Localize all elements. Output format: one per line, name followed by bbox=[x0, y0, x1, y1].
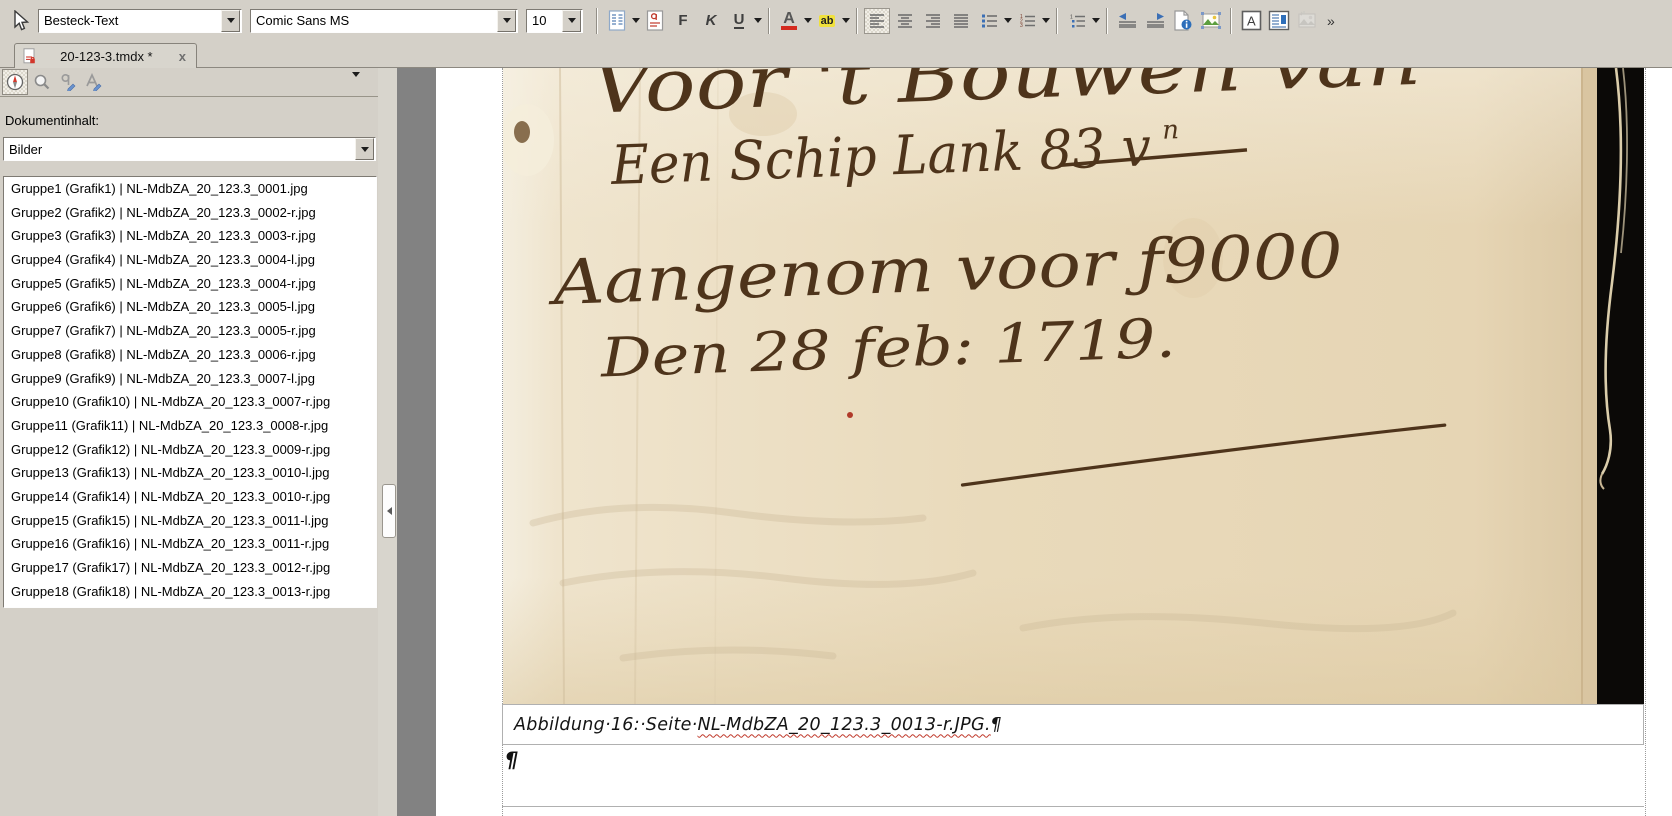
font-color-button[interactable]: A bbox=[776, 8, 802, 34]
list-item[interactable]: Gruppe4 (Grafik4) | NL-MdbZA_20_123.3_00… bbox=[4, 248, 376, 272]
font-dropdown-button[interactable] bbox=[497, 10, 516, 32]
list-item[interactable]: Gruppe18 (Grafik18) | NL-MdbZA_20_123.3_… bbox=[4, 580, 376, 604]
image-icon bbox=[1200, 11, 1222, 30]
text-boundary-right bbox=[1645, 68, 1646, 816]
search-icon bbox=[33, 73, 51, 91]
chevron-down-icon bbox=[1092, 18, 1100, 23]
next-figure-frame-edge bbox=[502, 806, 1644, 816]
image-list[interactable]: Gruppe1 (Grafik1) | NL-MdbZA_20_123.3_00… bbox=[3, 176, 377, 608]
navigate-tool-button[interactable] bbox=[2, 69, 28, 95]
list-item[interactable]: Gruppe12 (Grafik12) | NL-MdbZA_20_123.3_… bbox=[4, 438, 376, 462]
list-item[interactable]: Gruppe2 (Grafik2) | NL-MdbZA_20_123.3_00… bbox=[4, 201, 376, 225]
underline-button[interactable]: U bbox=[726, 8, 752, 34]
list-item[interactable]: Gruppe15 (Grafik15) | NL-MdbZA_20_123.3_… bbox=[4, 509, 376, 533]
decrease-indent-icon bbox=[1118, 13, 1137, 28]
sidebar-toolbar bbox=[0, 68, 378, 97]
figure-caption: Abbildung·16:·Seite·NL-MdbZA_20_123.3_00… bbox=[514, 715, 1002, 735]
character-edit-icon bbox=[85, 73, 103, 91]
bullet-list-icon bbox=[981, 13, 998, 28]
chevron-down-icon bbox=[568, 18, 576, 23]
document-tab[interactable]: 20-123-3.tmdx * x bbox=[14, 43, 197, 68]
tab-title: 20-123-3.tmdx * bbox=[36, 49, 177, 64]
list-item[interactable]: Gruppe8 (Grafik8) | NL-MdbZA_20_123.3_00… bbox=[4, 343, 376, 367]
list-item[interactable]: Gruppe13 (Grafik13) | NL-MdbZA_20_123.3_… bbox=[4, 461, 376, 485]
image-tool-disabled-button bbox=[1294, 8, 1320, 34]
italic-button[interactable]: K bbox=[698, 8, 724, 34]
caption-prefix: Abbildung·16:·Seite· bbox=[514, 715, 698, 735]
page-columns-dropdown[interactable] bbox=[631, 8, 641, 34]
sidebar-options-dropdown[interactable] bbox=[352, 77, 360, 95]
align-center-icon bbox=[897, 13, 913, 28]
underline-label: U bbox=[734, 13, 745, 29]
content-filter-value: Bilder bbox=[4, 142, 354, 157]
text-frame-icon: A bbox=[1241, 10, 1262, 31]
application-window: Besteck-Text Comic Sans MS 10 bbox=[0, 0, 1672, 816]
document-info-icon bbox=[1173, 10, 1193, 31]
content-filter-combobox[interactable]: Bilder bbox=[3, 137, 376, 161]
document-tab-bar: 20-123-3.tmdx * x bbox=[0, 41, 1672, 68]
formatting-marks-button[interactable] bbox=[642, 8, 668, 34]
decrease-indent-button[interactable] bbox=[1114, 8, 1140, 34]
justify-icon bbox=[953, 13, 969, 28]
manuscript-scan-image: Voor 't Bouwen van Een Schip Lank 83 v n… bbox=[503, 68, 1644, 704]
chevron-down-icon bbox=[754, 18, 762, 23]
select-tool-button[interactable] bbox=[6, 7, 34, 35]
tab-close-button[interactable]: x bbox=[177, 49, 188, 64]
pilcrow-edit-icon bbox=[59, 73, 77, 91]
frame-wrap-button[interactable] bbox=[1266, 8, 1292, 34]
numbered-list-icon: 1 2 3 bbox=[1019, 13, 1036, 29]
align-right-icon bbox=[925, 13, 941, 28]
highlight-button[interactable]: ab bbox=[814, 8, 840, 34]
chevron-down-icon bbox=[227, 18, 235, 23]
highlight-icon: ab bbox=[819, 15, 836, 27]
chevron-down-icon bbox=[1004, 18, 1012, 23]
search-tool-button[interactable] bbox=[30, 70, 54, 94]
align-left-button[interactable] bbox=[864, 8, 890, 34]
underline-dropdown[interactable] bbox=[753, 8, 763, 34]
caption-pilcrow: ¶ bbox=[991, 715, 1002, 735]
list-item[interactable]: Gruppe17 (Grafik17) | NL-MdbZA_20_123.3_… bbox=[4, 556, 376, 580]
bullet-list-button[interactable] bbox=[976, 8, 1002, 34]
font-color-dropdown[interactable] bbox=[803, 8, 813, 34]
caption-filename: NL-MdbZA_20_123.3_0013-r.JPG. bbox=[698, 715, 991, 735]
frame-wrap-icon bbox=[1268, 10, 1290, 31]
edit-paragraph-tool-button[interactable] bbox=[56, 70, 80, 94]
font-family-value: Comic Sans MS bbox=[251, 13, 496, 28]
toolbar-separator bbox=[1056, 8, 1058, 34]
list-item[interactable]: Gruppe14 (Grafik14) | NL-MdbZA_20_123.3_… bbox=[4, 485, 376, 509]
justify-button[interactable] bbox=[948, 8, 974, 34]
toolbar-separator bbox=[596, 8, 598, 34]
chevron-down-icon bbox=[842, 18, 850, 23]
text-frame-button[interactable]: A bbox=[1238, 8, 1264, 34]
multilevel-list-dropdown[interactable] bbox=[1091, 8, 1101, 34]
toolbar-separator bbox=[768, 8, 770, 34]
numbered-list-dropdown[interactable] bbox=[1041, 8, 1051, 34]
panel-collapse-handle[interactable] bbox=[382, 484, 396, 538]
document-page[interactable]: Voor 't Bouwen van Een Schip Lank 83 v n… bbox=[436, 68, 1672, 816]
page-columns-button[interactable] bbox=[604, 8, 630, 34]
list-item[interactable]: Gruppe7 (Grafik7) | NL-MdbZA_20_123.3_00… bbox=[4, 319, 376, 343]
style-dropdown-button[interactable] bbox=[221, 10, 240, 32]
formatting-marks-icon bbox=[646, 10, 664, 31]
increase-indent-button[interactable] bbox=[1142, 8, 1168, 34]
document-content-label: Dokumentinhalt: bbox=[5, 113, 99, 128]
formatting-toolbar: Besteck-Text Comic Sans MS 10 bbox=[0, 0, 1672, 41]
align-left-icon bbox=[869, 13, 885, 28]
tmdx-document-icon bbox=[23, 48, 36, 64]
chevron-down-icon bbox=[361, 147, 369, 152]
page-columns-icon bbox=[608, 10, 626, 31]
font-color-icon: A bbox=[781, 12, 797, 30]
multilevel-list-icon: 1 bbox=[1069, 13, 1086, 29]
list-item[interactable]: Gruppe9 (Grafik9) | NL-MdbZA_20_123.3_00… bbox=[4, 367, 376, 391]
font-family-combobox[interactable]: Comic Sans MS bbox=[250, 9, 518, 33]
document-content-panel: Dokumentinhalt: Bilder Gruppe1 (Grafik1)… bbox=[0, 68, 378, 816]
font-color-label: A bbox=[783, 12, 795, 25]
compass-icon bbox=[6, 73, 24, 91]
list-item[interactable]: Gruppe5 (Grafik5) | NL-MdbZA_20_123.3_00… bbox=[4, 272, 376, 296]
numbered-list-button[interactable]: 1 2 3 bbox=[1014, 8, 1040, 34]
svg-text:1: 1 bbox=[1070, 14, 1073, 20]
edit-character-tool-button[interactable] bbox=[82, 70, 106, 94]
svg-text:n: n bbox=[1162, 115, 1180, 146]
highlight-dropdown[interactable] bbox=[841, 8, 851, 34]
chevron-left-icon bbox=[387, 507, 392, 515]
bold-label: F bbox=[678, 12, 687, 29]
list-item[interactable]: Gruppe11 (Grafik11) | NL-MdbZA_20_123.3_… bbox=[4, 414, 376, 438]
bullet-list-dropdown[interactable] bbox=[1003, 8, 1013, 34]
svg-text:3: 3 bbox=[1020, 23, 1023, 29]
list-item[interactable]: Gruppe6 (Grafik6) | NL-MdbZA_20_123.3_00… bbox=[4, 295, 376, 319]
paragraph-style-value: Besteck-Text bbox=[39, 13, 220, 28]
panel-splitter[interactable] bbox=[378, 68, 397, 816]
paragraph-style-combobox[interactable]: Besteck-Text bbox=[38, 9, 242, 33]
toolbar-separator bbox=[856, 8, 858, 34]
list-item[interactable]: Gruppe3 (Grafik3) | NL-MdbZA_20_123.3_00… bbox=[4, 224, 376, 248]
filter-dropdown-button[interactable] bbox=[355, 138, 374, 160]
mouse-pointer-icon bbox=[10, 10, 30, 32]
list-item[interactable]: Gruppe16 (Grafik16) | NL-MdbZA_20_123.3_… bbox=[4, 532, 376, 556]
empty-paragraph-mark[interactable]: ¶ bbox=[505, 748, 518, 772]
svg-text:A: A bbox=[1247, 14, 1256, 29]
toolbar-separator bbox=[1230, 8, 1232, 34]
increase-indent-icon bbox=[1146, 13, 1165, 28]
chevron-down-icon bbox=[352, 72, 360, 94]
insert-image-button[interactable] bbox=[1198, 8, 1224, 34]
font-color-swatch bbox=[781, 26, 797, 30]
chevron-down-icon bbox=[632, 18, 640, 23]
font-size-value: 10 bbox=[527, 13, 561, 28]
list-item[interactable]: Gruppe1 (Grafik1) | NL-MdbZA_20_123.3_00… bbox=[4, 177, 376, 201]
image-disabled-icon bbox=[1296, 11, 1318, 30]
font-size-combobox[interactable]: 10 bbox=[526, 9, 583, 33]
document-info-button[interactable] bbox=[1170, 8, 1196, 34]
multilevel-list-button[interactable]: 1 bbox=[1064, 8, 1090, 34]
italic-label: K bbox=[706, 12, 717, 29]
editor-canvas-margin bbox=[397, 68, 436, 816]
bold-button[interactable]: F bbox=[670, 8, 696, 34]
chevron-down-icon bbox=[1042, 18, 1050, 23]
list-item[interactable]: Gruppe10 (Grafik10) | NL-MdbZA_20_123.3_… bbox=[4, 390, 376, 414]
align-center-button[interactable] bbox=[892, 8, 918, 34]
align-right-button[interactable] bbox=[920, 8, 946, 34]
size-dropdown-button[interactable] bbox=[562, 10, 581, 32]
toolbar-overflow-chevron[interactable]: » bbox=[1327, 13, 1334, 29]
chevron-down-icon bbox=[804, 18, 812, 23]
toolbar-separator bbox=[1106, 8, 1108, 34]
figure-caption-frame[interactable]: Abbildung·16:·Seite·NL-MdbZA_20_123.3_00… bbox=[502, 704, 1644, 745]
chevron-down-icon bbox=[503, 18, 511, 23]
manuscript-scan-figure[interactable]: Voor 't Bouwen van Een Schip Lank 83 v n… bbox=[503, 68, 1644, 704]
